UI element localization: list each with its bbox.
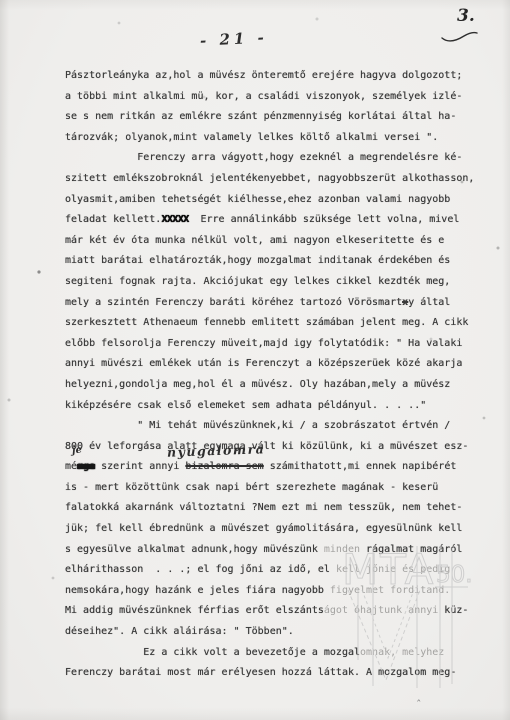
text-segment: szerkesztett Athenaeum fennebb emlitett … (65, 317, 468, 328)
text-segment: miatt barátai elhatározták,hogy mozgalma… (65, 255, 450, 266)
text-segment: szitett emlékszobroknál jelentékenyebbet… (65, 173, 474, 184)
text-segment: Ez a cikk volt a bevezetője a mozgal (65, 647, 360, 658)
text-segment: is - mert közöttünk csak napi bért szere… (65, 482, 438, 493)
text-line: már két év óta munka nélkül volt, ami na… (65, 231, 497, 252)
paper-specks (0, 0, 2, 2)
text-segment: szerint annyi (95, 461, 185, 472)
text-line: se s nem ritkán az emlékre szánt pénzmen… (65, 107, 497, 128)
text-line: is - mert közöttünk csak napi bért szere… (65, 478, 497, 499)
text-line: kiképzésére csak első elemeket sem adhat… (65, 396, 497, 417)
corner-page-number: 3. (440, 4, 496, 44)
text-segment: kiképzésére csak első elemeket sem adhat… (65, 400, 426, 411)
text-segment: elhárithasson . . .; el fog jőni az idő,… (65, 564, 336, 575)
document-page: 3. - 21 - Pásztorleányka az,hol a müvész… (0, 0, 510, 720)
text-segment: 800 év leforgása alatt egymaga vált ki k… (65, 441, 468, 452)
watermark-vee-outer (348, 590, 420, 680)
text-segment: a többi mint alkalmi mü, kor, a családi … (65, 91, 462, 102)
text-line: szitett emlékszobroknál jelentékenyebbet… (65, 169, 497, 190)
text-line: tározvák; olyanok,mint valamely lelkes k… (65, 128, 497, 149)
text-segment: jük; fel kell ébrednünk a müvészet gyámo… (65, 523, 462, 534)
text-segment: Pásztorleányka az,hol a müvész önteremtő… (65, 70, 462, 81)
text-segment: mé (65, 461, 77, 472)
text-line: miatt barátai elhatározták,hogy mozgalma… (65, 251, 497, 272)
text-line: Ferenczy arra vágyott,hogy ezeknél a meg… (65, 148, 497, 169)
text-line: mérge szerint annyi bizalomra sem számit… (65, 457, 497, 478)
text-segment: már két év óta munka nélkül volt, ami na… (65, 235, 444, 246)
text-segment: Erre annálinkább szüksége lett volna, mi… (188, 214, 459, 225)
text-segment: s egyesülve alkalmat adnunk,hogy müvészü… (65, 544, 324, 555)
text-segment: segiteni fognak rajta. Akciójukat egy le… (65, 276, 450, 287)
text-segment: számithatott,mi ennek napibérét (264, 461, 457, 472)
text-line: 800 év leforgása alatt egymaga vált ki k… (65, 437, 497, 458)
text-line: helyezni,gondolja meg,hol él a müvész. O… (65, 375, 497, 396)
text-segment: nemsokára,hogy hazánk e jeles fiára nagy… (65, 585, 330, 596)
text-segment-xblot: XXXXX (161, 214, 188, 225)
text-line: falatokká akarnánk változtatni ?Nem ezt … (65, 498, 497, 519)
text-segment-blot: rge (77, 461, 95, 472)
text-segment: annyi müvészi emlékek után is Ferenczyt … (65, 358, 462, 369)
corner-number-text: 3. (457, 6, 475, 26)
text-line: annyi müvészi emlékek után is Ferenczyt … (65, 354, 497, 375)
text-segment: y által (408, 297, 450, 308)
text-segment: feladat kellett. (65, 214, 161, 225)
handwritten-page-number: - 21 - (200, 28, 269, 50)
corner-underline-stroke (440, 27, 480, 43)
text-segment: falatokká akarnánk változtatni ?Nem ezt … (65, 502, 462, 513)
text-segment: Ferenczy arra vágyott,hogy ezeknél a meg… (65, 152, 462, 163)
text-segment: mely a szintén Ferenczy baráti köréhez t… (65, 297, 402, 308)
text-line: jük; fel kell ébrednünk a müvészet gyámo… (65, 519, 497, 540)
text-line: a többi mint alkalmi mü, kor, a családi … (65, 87, 497, 108)
text-line: feladat kellett.XXXXX Erre annálinkább s… (65, 210, 497, 231)
text-segment: déseihez". A cikk aláirása: " Többen". (65, 626, 294, 637)
handwritten-insert-small: je (71, 445, 82, 457)
watermark-number: 50. (436, 562, 473, 588)
text-line: " Mi tehát müvészünknek,ki / a szobrásza… (65, 416, 497, 437)
archive-stamp-watermark: MTA 50. (330, 540, 480, 700)
text-segment: se s nem ritkán az emlékre szánt pénzmen… (65, 111, 456, 122)
text-line: segiteni fognak rajta. Akciójukat egy le… (65, 272, 497, 293)
text-segment: előbb felsorolja Ferenczy müveit,majd ig… (65, 338, 462, 349)
text-segment-strike: bizalomra sem (185, 461, 263, 472)
watermark-vee-inner (362, 590, 414, 658)
text-segment: " Mi tehát müvészünknek,ki / a szobrásza… (65, 420, 450, 431)
text-line: Pásztorleányka az,hol a müvész önteremtő… (65, 66, 497, 87)
text-segment: helyezni,gondolja meg,hol él a müvész. O… (65, 379, 450, 390)
text-segment: olyasmit,amiben tehetségét kiélhesse,ehe… (65, 194, 450, 205)
text-line: előbb felsorolja Ferenczy müveit,majd ig… (65, 334, 497, 355)
watermark-letters: MTA (342, 545, 435, 594)
text-segment: tározvák; olyanok,mint valamely lelkes k… (65, 132, 438, 143)
text-line: szerkesztett Athenaeum fennebb emlitett … (65, 313, 497, 334)
text-segment: Mi addig müvészünknek férfias erőt elszá… (65, 605, 324, 616)
text-line: mely a szintén Ferenczy baráti köréhez t… (65, 293, 497, 314)
caret-mark: ˆ (416, 698, 422, 711)
text-line: olyasmit,amiben tehetségét kiélhesse,ehe… (65, 190, 497, 211)
